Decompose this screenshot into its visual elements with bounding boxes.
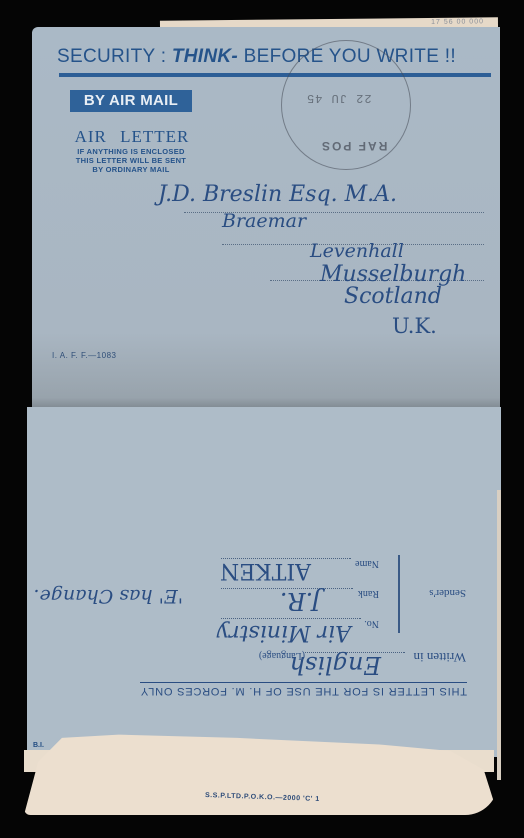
security-prefix: SECURITY :: [57, 46, 172, 67]
form-code: I. A. F. F.—1083: [52, 351, 116, 360]
enclosed-notice-line: BY ORDINARY MAIL: [56, 165, 206, 174]
corner-mark: B.I.: [33, 742, 44, 749]
by-air-mail-label: BY AIR MAIL: [70, 90, 192, 112]
security-think: THINK-: [172, 46, 238, 67]
name-value: AITKEN: [220, 558, 311, 583]
enclosed-notice: IF ANYTHING IS ENCLOSED THIS LETTER WILL…: [56, 147, 206, 174]
no-value: Air Ministry: [217, 620, 351, 645]
no-label: No.: [364, 618, 379, 629]
forces-only-notice: THIS LETTER IS FOR THE USE OF H. M. FORC…: [140, 682, 467, 697]
address-line-house: Braemar: [222, 210, 306, 232]
written-in-label: Written in: [413, 649, 466, 665]
sender-bracket: [398, 555, 400, 633]
sender-section-inverted: THIS LETTER IS FOR THE USE OF H. M. FORC…: [27, 407, 501, 757]
address-line-area: Levenhall: [310, 240, 404, 262]
rank-value: J.R.: [280, 587, 321, 615]
postmark-date: 22 JU 45: [306, 91, 372, 105]
address-line-name: J.D. Breslin Esq. M.A.: [158, 182, 397, 207]
air-letter-title: AIR LETTER: [62, 127, 202, 147]
name-label: Name: [355, 558, 379, 569]
enclosed-notice-line: IF ANYTHING IS ENCLOSED: [56, 147, 206, 156]
language-value: English: [290, 651, 381, 679]
senders-label: Sender's: [429, 587, 466, 599]
rank-label: Rank: [358, 588, 379, 599]
address-line-uk: U.K.: [392, 314, 437, 338]
address-line-country: Scotland: [344, 284, 442, 309]
header-rule: [59, 73, 491, 77]
handwritten-note: 'E' has Change.: [34, 585, 184, 607]
enclosed-notice-line: THIS LETTER WILL BE SENT: [56, 156, 206, 165]
postmark-stamp: 22 JU 45 RAF POS: [281, 40, 411, 170]
postmark-office: RAF POS: [320, 139, 387, 153]
top-strip-text: 17 56 00 000: [431, 18, 484, 26]
no-dots: [221, 618, 361, 619]
